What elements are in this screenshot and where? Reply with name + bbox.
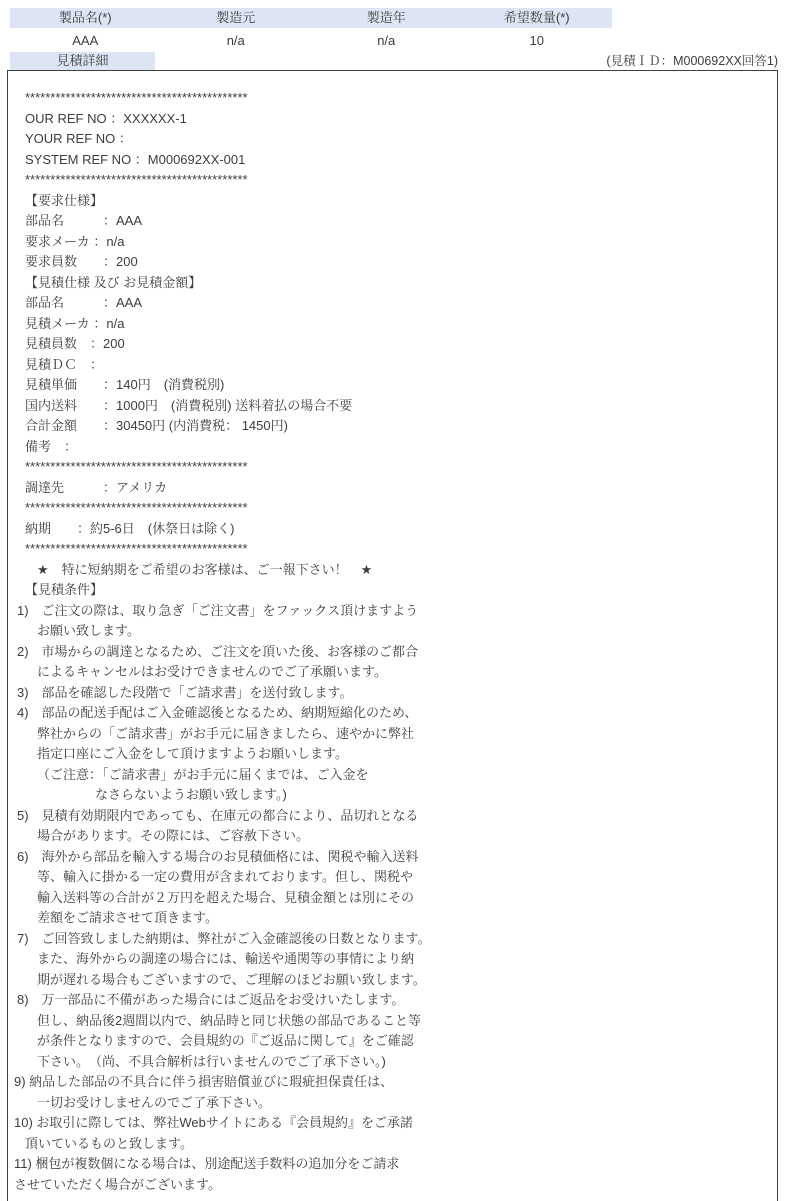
detail-line: 見積単価 ：140円 (消費税別) <box>8 375 777 396</box>
detail-line: （ご注意：「ご請求書」がお手元に届くまでは、ご入金を <box>8 765 777 786</box>
detail-line: 6) 海外から部品を輸入する場合のお見積価格には、関税や輸入送料 <box>8 847 777 868</box>
detail-line: また、海外からの調達の場合には、輸送や通関等の事情により納 <box>8 949 777 970</box>
detail-line: 頂いているものと致します。 <box>8 1134 777 1155</box>
detail-line: 合計金額 ：30450円 (内消費税： 1450円) <box>8 416 777 437</box>
detail-line: 指定口座にご入金をして頂けますようお願いします。 <box>8 744 777 765</box>
product-value-cell: 10 <box>462 30 613 52</box>
product-header-cell: 製品名(*) <box>10 8 161 28</box>
detail-line: 8) 万一部品に不備があった場合にはご返品をお受けいたします。 <box>8 990 777 1011</box>
detail-line: させていただく場合がございます。 <box>8 1175 777 1196</box>
detail-line: お願い致します。 <box>8 621 777 642</box>
detail-line: 調達先 ：アメリカ <box>8 478 777 499</box>
detail-line: 見積ＤＣ ： <box>8 355 777 376</box>
quote-id-label: (見積ＩＤ：M000692XX回答1) <box>606 53 778 70</box>
detail-line: 要求員数 ：200 <box>8 252 777 273</box>
detail-line: ★ 特に短納期をご希望のお客様は、ご一報下さい！ ★ <box>8 560 777 581</box>
detail-line: YOUR REF NO ： <box>8 129 777 150</box>
detail-line: 弊社からの「ご請求書」がお手元に届きましたら、速やかに弊社 <box>8 724 777 745</box>
detail-line: 見積メーカ ：n/a <box>8 314 777 335</box>
detail-line: OUR REF NO ：XXXXXX-1 <box>8 109 777 130</box>
detail-line: ****************************************… <box>8 539 777 560</box>
detail-line: 国内送料 ：1000円 (消費税別) 送料着払の場合不要 <box>8 396 777 417</box>
detail-line: 部品名 ：AAA <box>8 211 777 232</box>
detail-line: 等、輸入に掛かる一定の費用が含まれております。但し、関税や <box>8 867 777 888</box>
detail-line: 11) 梱包が複数個になる場合は、別途配送手数料の追加分をご請求 <box>8 1154 777 1175</box>
detail-line: 部品名 ：AAA <box>8 293 777 314</box>
quote-detail-text: ****************************************… <box>8 88 777 1195</box>
product-header-cell: 製造元 <box>161 8 312 28</box>
detail-line: によるキャンセルはお受けできませんのでご了承願います。 <box>8 662 777 683</box>
detail-line: ****************************************… <box>8 88 777 109</box>
product-table-value-row: AAAn/an/a10 <box>10 30 612 52</box>
detail-line: 要求メーカ ：n/a <box>8 232 777 253</box>
detail-line: 1) ご注文の際は、取り急ぎ「ご注文書」をファックス頂けますよう <box>8 601 777 622</box>
detail-line: 【要求仕様】 <box>8 191 777 212</box>
product-info-table: 製品名(*)製造元製造年希望数量(*) AAAn/an/a10 <box>10 8 612 52</box>
detail-line: 10) お取引に際しては、弊社Webサイトにある『会員規約』をご承諾 <box>8 1113 777 1134</box>
detail-line: なさらないようお願い致します。) <box>8 785 777 806</box>
detail-line: 下さい。 （尚、不具合解析は行いませんのでご了承下さい。) <box>8 1052 777 1073</box>
product-header-cell: 希望数量(*) <box>462 8 613 28</box>
detail-line: 9) 納品した部品の不具合に伴う損害賠償並びに瑕疵担保責任は、 <box>8 1072 777 1093</box>
detail-line: 納期 ：約5-6日 (休祭日は除く) <box>8 519 777 540</box>
detail-line: 備考 ： <box>8 437 777 458</box>
detail-line: ****************************************… <box>8 498 777 519</box>
detail-line: ****************************************… <box>8 170 777 191</box>
detail-line: 場合があります。その際には、ご容赦下さい。 <box>8 826 777 847</box>
product-value-cell: n/a <box>161 30 312 52</box>
product-value-cell: n/a <box>311 30 462 52</box>
detail-line: 2) 市場からの調達となるため、ご注文を頂いた後、お客様のご都合 <box>8 642 777 663</box>
detail-line: 3) 部品を確認した段階で「ご請求書」を送付致します。 <box>8 683 777 704</box>
detail-line: 4) 部品の配送手配はご入金確認後となるため、納期短縮化のため、 <box>8 703 777 724</box>
quote-detail-box: ****************************************… <box>7 70 778 1201</box>
detail-line: が条件となりますので、会員規約の『ご返品に関して』をご確認 <box>8 1031 777 1052</box>
detail-line: 差額をご請求させて頂きます。 <box>8 908 777 929</box>
detail-line: 但し、納品後2週間以内で、納品時と同じ状態の部品であること等 <box>8 1011 777 1032</box>
detail-line: 輸入送料等の合計が２万円を超えた場合、見積金額とは別にその <box>8 888 777 909</box>
detail-line: 一切お受けしませんのでご了承下さい。 <box>8 1093 777 1114</box>
product-table-header-row: 製品名(*)製造元製造年希望数量(*) <box>10 8 612 28</box>
product-value-cell: AAA <box>10 30 161 52</box>
detail-line: 7) ご回答致しました納期は、弊社がご入金確認後の日数となります。 <box>8 929 777 950</box>
product-header-cell: 製造年 <box>311 8 462 28</box>
detail-line: SYSTEM REF NO ：M000692XX-001 <box>8 150 777 171</box>
tab-quote-detail[interactable]: 見積詳細 <box>10 52 155 70</box>
detail-line: 5) 見積有効期限内であっても、在庫元の都合により、品切れとなる <box>8 806 777 827</box>
detail-line: 【見積条件】 <box>8 580 777 601</box>
detail-line: ****************************************… <box>8 457 777 478</box>
detail-line: 【見積仕様 及び お見積金額】 <box>8 273 777 294</box>
detail-line: 見積員数 ：200 <box>8 334 777 355</box>
detail-line: 期が遅れる場合もございますので、ご理解のほどお願い致します。 <box>8 970 777 991</box>
